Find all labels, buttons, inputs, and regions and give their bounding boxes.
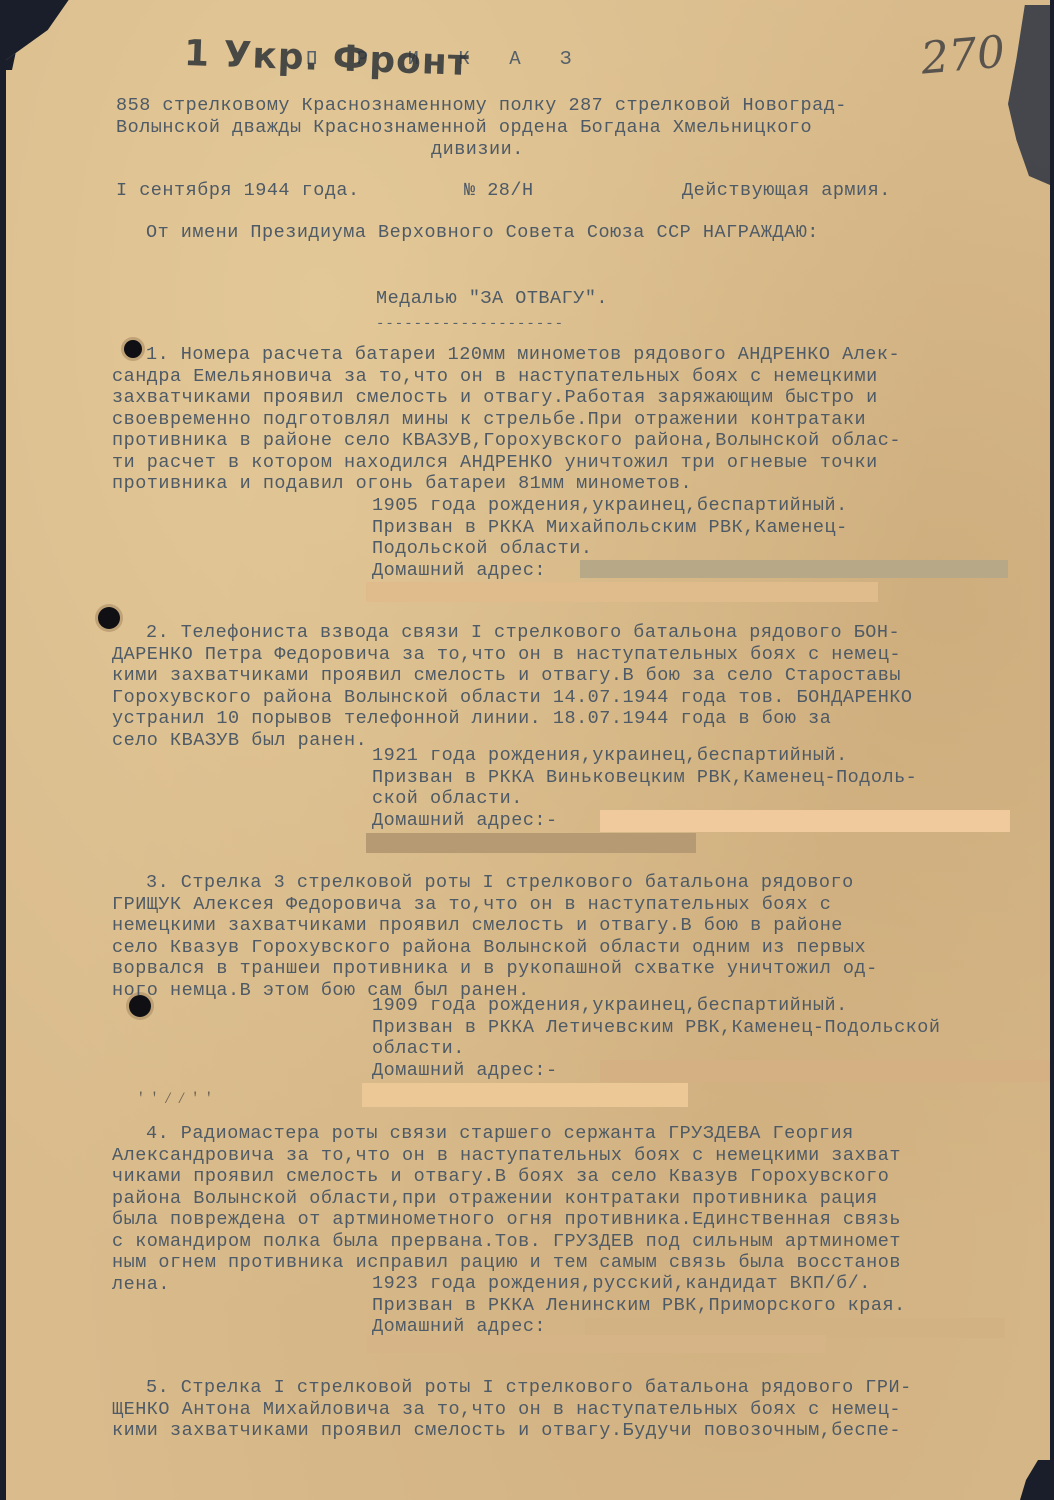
- header-line: 858 стрелковому Краснознаменному полку 2…: [116, 95, 847, 116]
- entry-3-line: село Квазув Горохувского района Волынско…: [112, 937, 866, 958]
- entry-2-line: ДАРЕНКО Петра Федоровича за то,что он в …: [112, 644, 901, 665]
- redaction-box: [366, 833, 696, 853]
- entry-1-line: своевременно подготовлял мины к стрельбе…: [112, 409, 866, 430]
- entry-4-line: ным огнем противника исправил рацию и те…: [112, 1252, 901, 1273]
- entry-4-line: 4. Радиомастера роты связи старшего серж…: [146, 1123, 854, 1144]
- ink-stain: [1008, 5, 1050, 185]
- entry-2-line: село КВАЗУВ был ранен.: [112, 730, 367, 751]
- entry-4-line: района Волынской области,при отражении к…: [112, 1188, 878, 1209]
- entry-4-line: чиками проявил смелость и отвагу.В боях …: [112, 1166, 889, 1187]
- entry-1-line: сандра Емельяновича за то,что он в насту…: [112, 366, 878, 387]
- entry-2-line: кими захватчиками проявил смелость и отв…: [112, 665, 901, 686]
- entry-5-line: ЩЕНКО Антона Михайловича за то,что он в …: [112, 1399, 901, 1420]
- redaction-box: [366, 1335, 826, 1353]
- entry-1-bio: Призван в РККА Михайпольским РВК,Каменец…: [372, 517, 848, 538]
- entry-2-line: Горохувского района Волынской области 14…: [112, 687, 913, 708]
- order-number: № 28/Н: [464, 180, 534, 201]
- order-location: Действующая армия.: [682, 180, 891, 201]
- entry-3-bio: 1909 года рождения,украинец,беспартийный…: [372, 995, 848, 1016]
- redaction-box: [366, 582, 878, 602]
- entry-1-bio: 1905 года рождения,украинец,беспартийный…: [372, 495, 848, 516]
- entry-3-line: ворвался в траншеи противника и в рукопа…: [112, 958, 878, 979]
- entry-4-bio: Призван в РККА Ленинским РВК,Приморского…: [372, 1295, 906, 1316]
- entry-3-line: 3. Стрелка 3 стрелковой роты I стрелково…: [146, 872, 854, 893]
- entry-1-bio: Подольской области.: [372, 538, 592, 559]
- entry-3-line: ГРИЩУК Алексея Федоровича за то,что он в…: [112, 894, 831, 915]
- award-underline: --------------------: [376, 316, 564, 332]
- entry-1-line: ти расчет в котором находился АНДРЕНКО у…: [112, 452, 878, 473]
- torn-corner: [6, 0, 66, 70]
- punch-hole: [124, 340, 142, 358]
- entry-2-bio: 1921 года рождения,украинец,беспартийный…: [372, 745, 848, 766]
- redaction-box: [580, 560, 1008, 578]
- handwritten-number: 270: [919, 26, 1007, 84]
- redaction-box: [362, 1083, 688, 1107]
- header-line: дивизии.: [431, 139, 524, 160]
- entry-2-bio: Призван в РККА Виньковецким РВК,Каменец-…: [372, 767, 917, 788]
- entry-4-line: с командиром полка была прервана.Тов. ГР…: [112, 1231, 901, 1252]
- entry-1-line: противника и подавил огонь батареи 81мм …: [112, 473, 692, 494]
- entry-3-bio: Домашний адрес:-: [372, 1060, 558, 1081]
- entry-5-line: кими захватчиками проявил смелость и отв…: [112, 1420, 901, 1441]
- entry-3-line: немецкими захватчиками проявил смелость …: [112, 915, 843, 936]
- entry-2-line: 2. Телефониста взвода связи I стрелковог…: [146, 622, 900, 643]
- entry-4-line: лена.: [112, 1274, 170, 1295]
- front-stamp: 1 Укр. Фронт: [183, 33, 470, 84]
- award-title: Медалью "ЗА ОТВАГУ".: [376, 288, 608, 309]
- redaction-box: [600, 810, 1010, 832]
- entry-3-bio: области.: [372, 1038, 465, 1059]
- entry-1-line: захватчиками проявил смелость и отвагу.Р…: [112, 387, 878, 408]
- entry-2-bio: ской области.: [372, 788, 523, 809]
- entry-1-bio: Домашний адрес:: [372, 560, 546, 581]
- document-page: П Р И К А З 1 Укр. Фронт 270 858 стрелко…: [6, 0, 1050, 1500]
- punch-hole: [98, 607, 120, 629]
- entry-2-line: устранил 10 порывов телефонной линии. 18…: [112, 708, 831, 729]
- entry-4-bio: Домашний адрес:: [372, 1316, 546, 1337]
- header-line: Волынской дважды Краснознаменной ордена …: [116, 117, 812, 138]
- entry-5-line: 5. Стрелка I стрелковой роты I стрелково…: [146, 1377, 912, 1398]
- entry-4-line: Александровича за то,что он в наступател…: [112, 1145, 901, 1166]
- order-date: I сентября 1944 года.: [116, 180, 360, 201]
- entry-3-bio: Призван в РККА Летичевским РВК,Каменец-П…: [372, 1017, 941, 1038]
- entry-4-bio: 1923 года рождения,русский,кандидат ВКП/…: [372, 1273, 871, 1294]
- handwritten-scribble: ꞌꞌ⁄⁄ꞌꞌ: [136, 1090, 218, 1108]
- preamble: От имени Президиума Верховного Совета Со…: [146, 222, 819, 243]
- entry-1-line: 1. Номера расчета батареи 120мм миномето…: [146, 344, 900, 365]
- entry-1-line: противника в районе село КВАЗУВ,Горохувс…: [112, 430, 901, 451]
- entry-2-bio: Домашний адрес:-: [372, 810, 558, 831]
- torn-corner: [1020, 1460, 1050, 1500]
- redaction-box: [600, 1060, 1054, 1082]
- entry-4-line: была повреждена от артминометного огня п…: [112, 1209, 901, 1230]
